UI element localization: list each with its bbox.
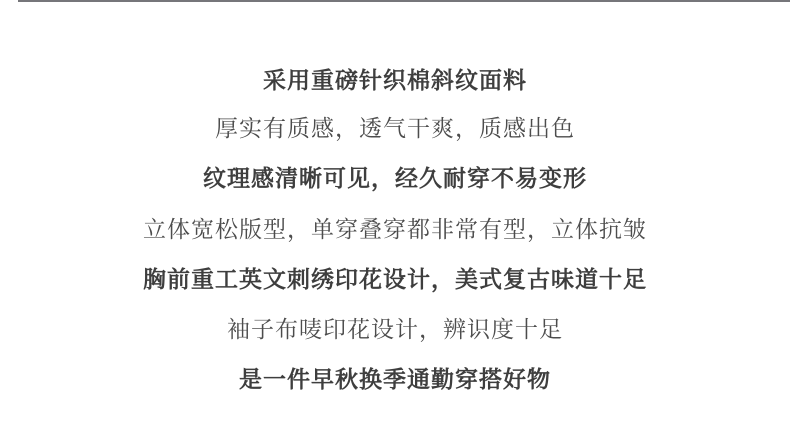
product-copy-line-fabric: 采用重磅针织棉斜纹面料 [0, 68, 790, 93]
product-description-section: 采用重磅针织棉斜纹面料 厚实有质感，透气干爽，质感出色 纹理感清晰可见，经久耐穿… [0, 0, 790, 433]
product-copy-line-texture-feel: 厚实有质感，透气干爽，质感出色 [0, 116, 790, 141]
product-copy-line-fit: 立体宽松版型，单穿叠穿都非常有型，立体抗皱 [0, 217, 790, 242]
product-copy-line-sleeve-print: 袖子布唛印花设计，辨识度十足 [0, 317, 790, 342]
product-copy-line-embroidery: 胸前重工英文刺绣印花设计，美式复古味道十足 [0, 267, 790, 292]
product-copy-line-season: 是一件早秋换季通勤穿搭好物 [0, 367, 790, 392]
product-copy-line-durability: 纹理感清晰可见，经久耐穿不易变形 [0, 166, 790, 191]
top-divider [18, 0, 790, 2]
